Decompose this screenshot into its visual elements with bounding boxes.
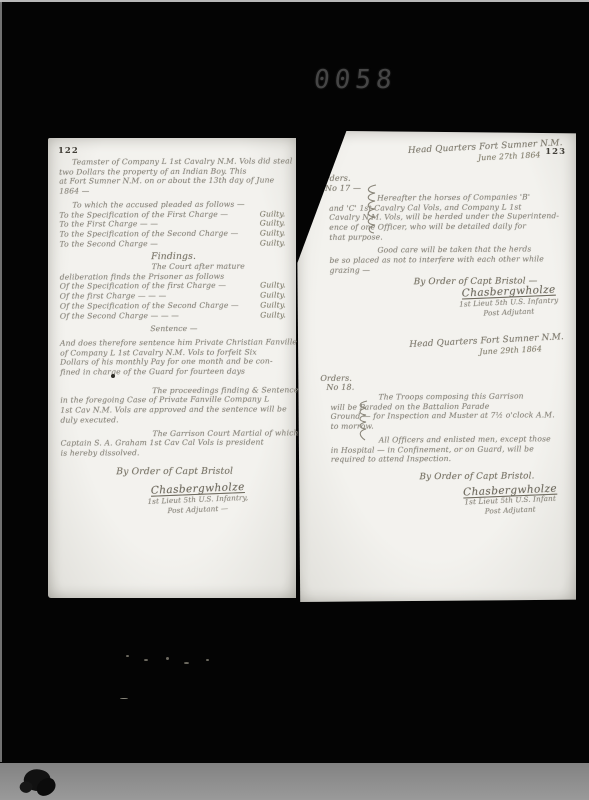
scanner-bed-strip [0, 763, 589, 800]
handwriting-line: Teamster of Company L 1st Cavalry N.M. V… [59, 156, 287, 167]
frame-counter: 0058 [312, 64, 415, 96]
page-number: 122 [58, 146, 79, 156]
handwriting-line: By Order of Capt Bristol. [331, 472, 567, 483]
coil-flourish-icon [362, 183, 382, 235]
ink-speck [166, 657, 169, 660]
coil-flourish-icon [354, 399, 372, 443]
handwriting-line: 1st Cav N.M. Vols are approved and the s… [60, 405, 288, 416]
microfilm-scan: 0058 122 Teamster of Company L 1st Caval… [0, 0, 589, 800]
film-edge-left [0, 0, 2, 762]
ink-speck [144, 659, 148, 661]
handwriting-line: be so placed as not to interfere with ea… [329, 254, 565, 265]
handwriting-line: By Order of Capt Bristol [61, 466, 289, 477]
ink-smudge [120, 698, 128, 699]
ink-speck [184, 662, 189, 664]
handwriting-line: at Fort Sumner N.M. on or about the 13th… [59, 176, 287, 187]
handwriting-line: duly executed. [60, 414, 288, 425]
handwriting-line: grazing — [330, 264, 566, 275]
ink-speck [206, 659, 209, 661]
handwriting-line: Dollars of his monthly Pay for one month… [60, 357, 288, 368]
handwriting-line: fined in charge of the Guard for fourtee… [60, 366, 288, 377]
ledger-page-right: 123 Head Quarters Fort Sumner N.M.June 2… [296, 131, 576, 602]
ledger-page-left: 122 Teamster of Company L 1st Cavalry N.… [48, 138, 296, 598]
handwriting-line: Captain S. A. Graham 1st Cav Cal Vols is… [61, 438, 289, 449]
handwriting-line: To the Second Charge —Guilty. [59, 238, 287, 249]
handwriting-line: Of the Second Charge — — —Guilty. [60, 310, 288, 321]
handwriting-line: Sentence — [60, 324, 288, 335]
handwriting-left: Teamster of Company L 1st Cavalry N.M. V… [59, 156, 289, 515]
ink-dot [111, 374, 115, 378]
ink-speck [126, 655, 129, 657]
film-edge-top [0, 0, 589, 2]
handwriting-line: 1864 — [59, 186, 287, 197]
handwriting-line: required to attend Inspection. [331, 453, 567, 464]
handwriting-line: is hereby dissolved. [61, 447, 289, 458]
